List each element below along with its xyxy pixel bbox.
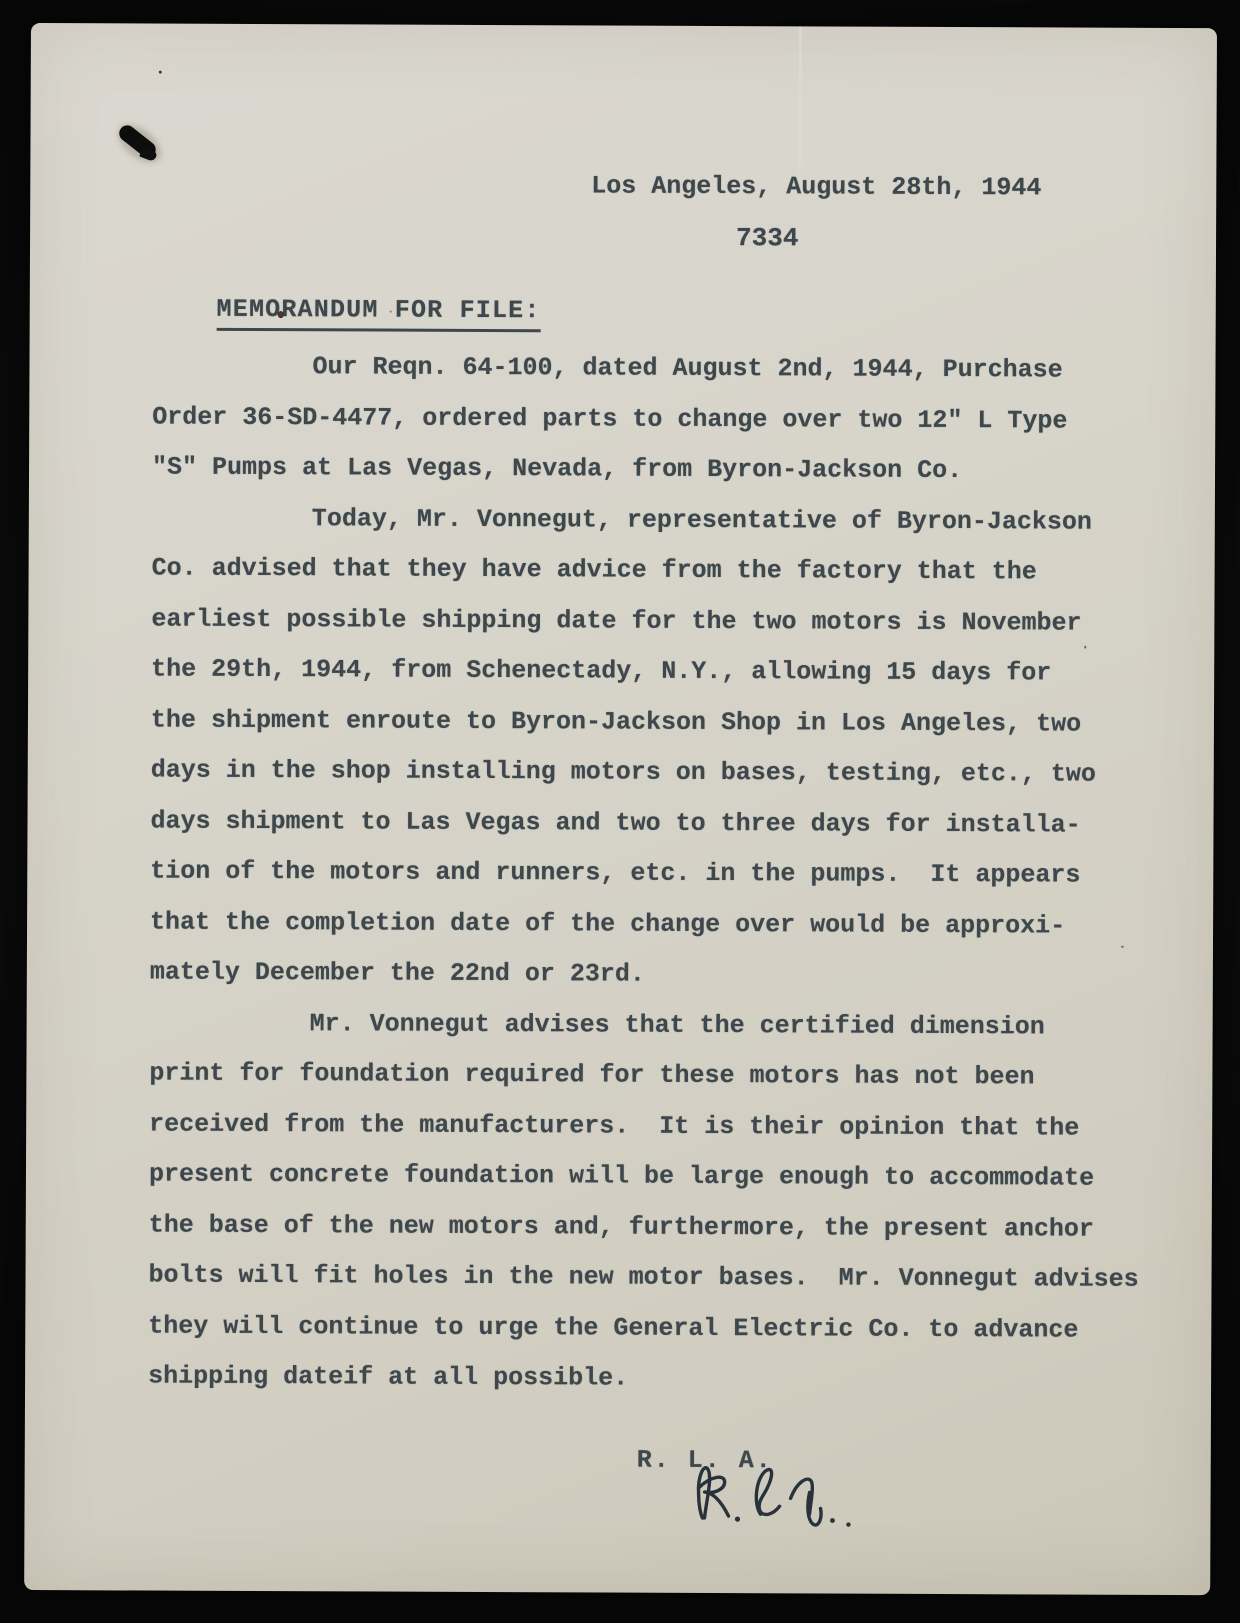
- memo-heading-text: MEMORANDUM FOR FILE:: [216, 295, 540, 332]
- memo-body: Our Reqn. 64-100, dated August 2nd, 1944…: [148, 342, 1193, 1407]
- memo-line: mately December the 22nd or 23rd.: [150, 948, 1190, 1003]
- memo-line: tion of the motors and runners, etc. in …: [150, 847, 1190, 902]
- memo-line: days in the shop installing motors on ba…: [151, 746, 1191, 801]
- memo-line: present concrete foundation will be larg…: [149, 1150, 1189, 1205]
- memo-line: the shipment enroute to Byron-Jackson Sh…: [151, 695, 1191, 750]
- memo-line: Our Reqn. 64-100, dated August 2nd, 1944…: [152, 342, 1192, 397]
- paper-crease: [798, 26, 802, 246]
- memo-line: print for foundation required for these …: [149, 1049, 1189, 1104]
- staple-mark: [114, 119, 160, 165]
- memo-line: Mr. Vonnegut advises that the certified …: [150, 998, 1190, 1053]
- memo-line: shipping dateif at all possible.: [148, 1352, 1188, 1407]
- memo-line: they will continue to urge the General E…: [148, 1301, 1188, 1356]
- memo-line: "S" Pumps at Las Vegas, Nevada, from Byr…: [152, 443, 1192, 498]
- memo-line: the 29th, 1944, from Schenectady, N.Y., …: [151, 645, 1191, 700]
- memo-line: the base of the new motors and, furtherm…: [149, 1200, 1189, 1255]
- file-number: 7334: [736, 223, 799, 253]
- paragraph: Today, Mr. Vonnegut, representative of B…: [150, 493, 1192, 1003]
- memo-line: received from the manufacturers. It is t…: [149, 1099, 1189, 1154]
- memo-line: that the completion date of the change o…: [150, 897, 1190, 952]
- memo-line: Today, Mr. Vonnegut, representative of B…: [152, 493, 1192, 548]
- handwritten-initials-signature: [682, 1454, 872, 1545]
- paragraph: Our Reqn. 64-100, dated August 2nd, 1944…: [152, 342, 1193, 498]
- memo-line: Order 36-SD-4477, ordered parts to chang…: [152, 392, 1192, 447]
- paper-speck: [159, 71, 162, 74]
- ink-dot: [278, 311, 284, 318]
- memo-line: bolts will fit holes in the new motor ba…: [148, 1251, 1188, 1306]
- memo-line: Co. advised that they have advice from t…: [152, 544, 1192, 599]
- memo-line: earliest possible shipping date for the …: [151, 594, 1191, 649]
- memo-page: Los Angeles, August 28th, 1944 7334 MEMO…: [24, 23, 1217, 1595]
- paragraph: Mr. Vonnegut advises that the certified …: [148, 998, 1190, 1407]
- dateline: Los Angeles, August 28th, 1944: [591, 171, 1041, 202]
- memo-line: days shipment to Las Vegas and two to th…: [150, 796, 1190, 851]
